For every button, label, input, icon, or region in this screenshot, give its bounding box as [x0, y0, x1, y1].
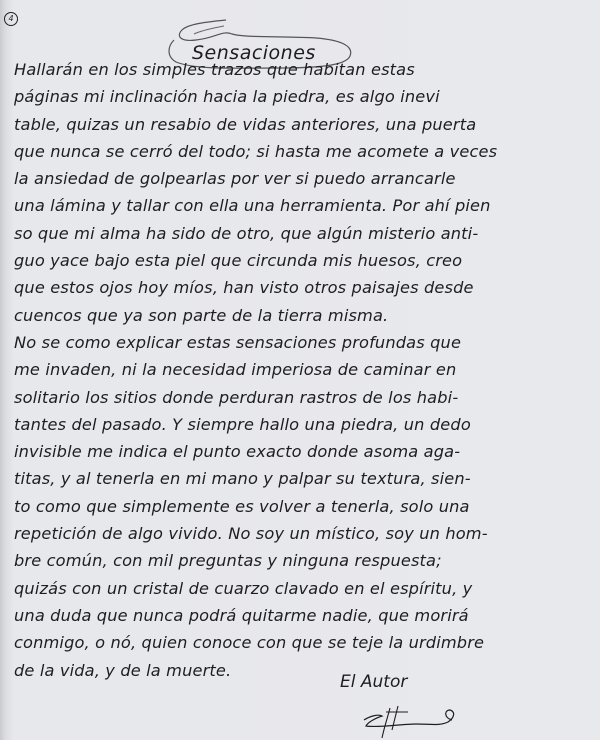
author-signoff: El Autor	[340, 672, 407, 692]
text-line: la ansiedad de golpearlas por ver si pue…	[14, 165, 594, 192]
page-number-badge: 4	[4, 12, 18, 26]
text-line: No se como explicar estas sensaciones pr…	[14, 329, 594, 356]
text-line: quizás con un cristal de cuarzo clavado …	[14, 575, 594, 602]
text-line: tantes del pasado. Y siempre hallo una p…	[14, 411, 594, 438]
handwritten-body: Hallarán en los simples trazos que habit…	[14, 56, 594, 684]
signature-icon	[360, 698, 460, 740]
text-line: que estos ojos hoy míos, han visto otros…	[14, 274, 594, 301]
text-line: de la vida, y de la muerte.	[14, 657, 594, 684]
text-line: table, quizas un resabio de vidas anteri…	[14, 111, 594, 138]
text-line: to como que simplemente es volver a tene…	[14, 493, 594, 520]
text-line: páginas mi inclinación hacia la piedra, …	[14, 83, 594, 110]
text-line: invisible me indica el punto exacto dond…	[14, 438, 594, 465]
text-line: repetición de algo vivido. No soy un mís…	[14, 520, 594, 547]
scanned-page: 4 Sensaciones Hallarán en los simples tr…	[0, 0, 600, 740]
text-line: titas, y al tenerla en mi mano y palpar …	[14, 465, 594, 492]
text-line: una lámina y tallar con ella una herrami…	[14, 192, 594, 219]
text-line: cuencos que ya son parte de la tierra mi…	[14, 302, 594, 329]
text-line: que nunca se cerró del todo; si hasta me…	[14, 138, 594, 165]
text-line: una duda que nunca podrá quitarme nadie,…	[14, 602, 594, 629]
text-line: bre común, con mil preguntas y ninguna r…	[14, 547, 594, 574]
text-line: me invaden, ni la necesidad imperiosa de…	[14, 356, 594, 383]
text-line: so que mi alma ha sido de otro, que algú…	[14, 220, 594, 247]
text-line: guo yace bajo esta piel que circunda mis…	[14, 247, 594, 274]
text-line: Hallarán en los simples trazos que habit…	[14, 56, 594, 83]
text-line: solitario los sitios donde perduran rast…	[14, 384, 594, 411]
text-line: conmigo, o nó, quien conoce con que se t…	[14, 629, 594, 656]
